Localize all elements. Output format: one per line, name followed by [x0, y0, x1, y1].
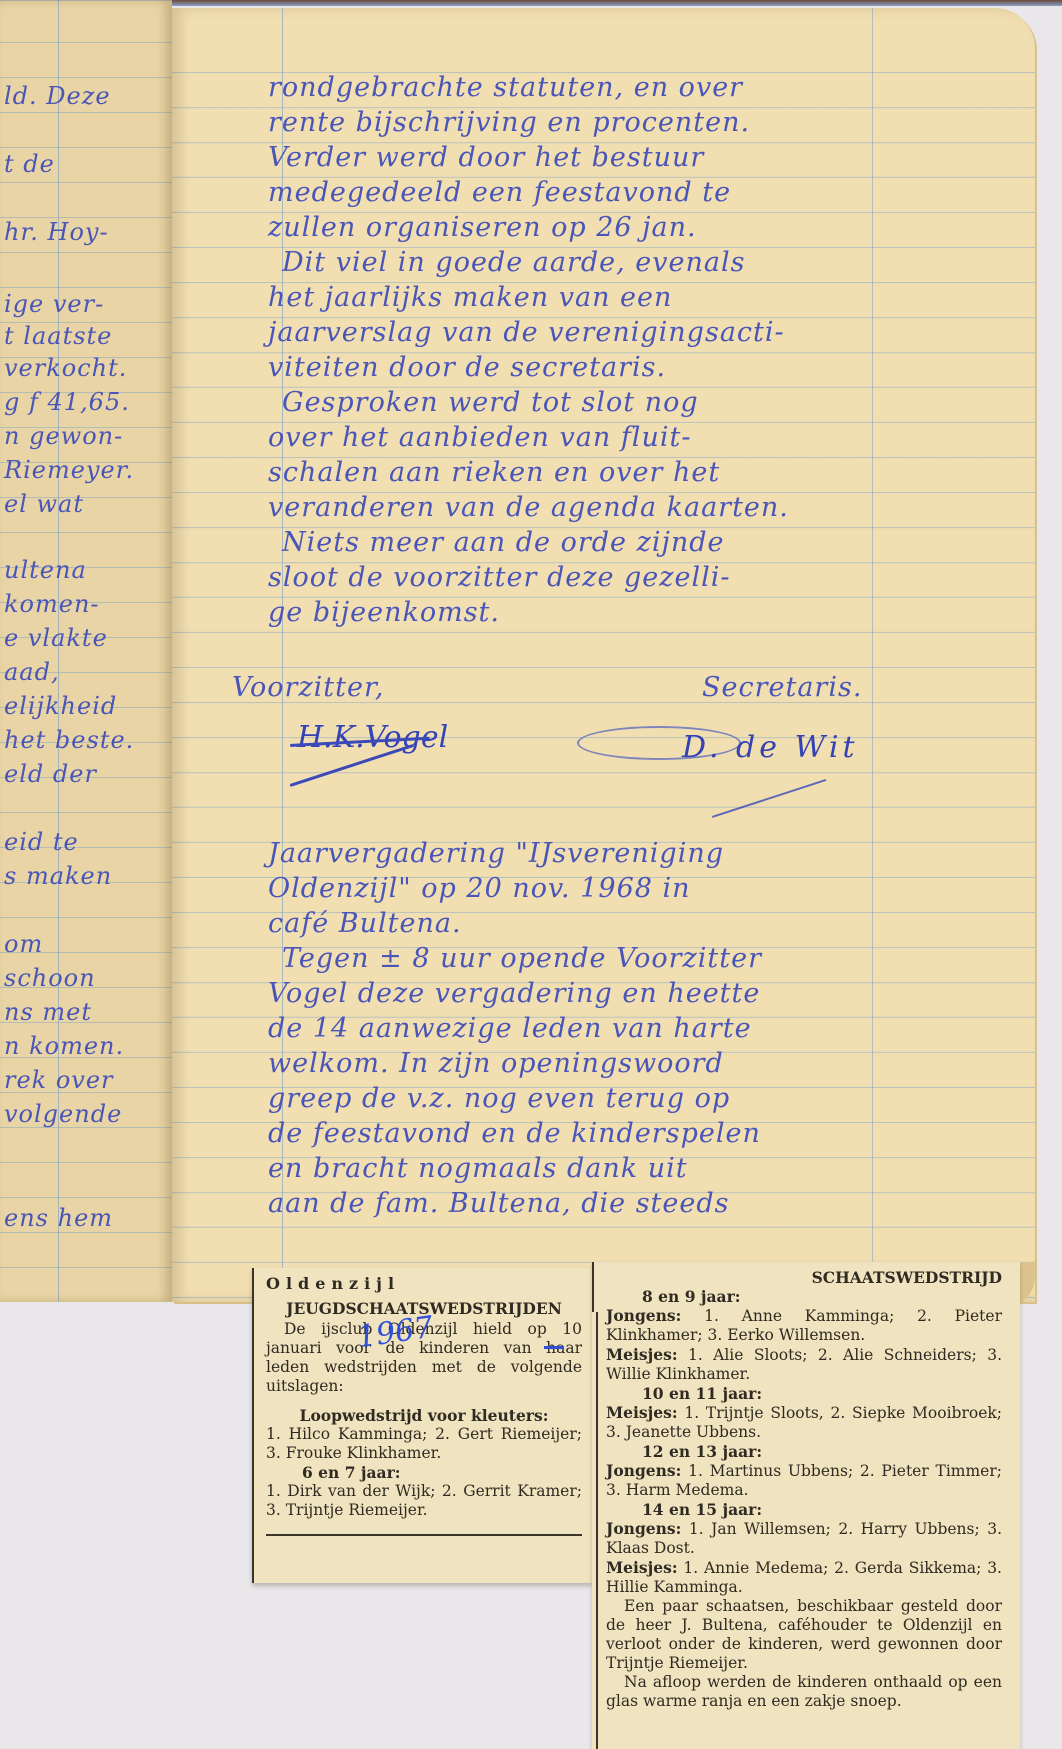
handwritten-line: de 14 aanwezige leden van harte: [268, 1013, 752, 1044]
handwritten-line: veranderen van de agenda kaarten.: [268, 492, 789, 523]
handwritten-line: Niets meer aan de orde zijnde: [282, 527, 724, 558]
handwritten-line: rondgebrachte statuten, en over: [268, 72, 743, 103]
handwritten-line: schalen aan rieken en over het: [268, 457, 720, 488]
section-results: Meisjes: 1. Trijntje Sloots, 2. Siepke M…: [606, 1403, 1002, 1442]
handwritten-line: g f 41,65.: [4, 388, 130, 416]
section-results: Meisjes: 1. Alie Sloots; 2. Alie Schneid…: [606, 1345, 1002, 1384]
handwritten-line: viteiten door de secretaris.: [268, 352, 666, 383]
handwritten-line: Verder werd door het bestuur: [268, 142, 704, 173]
handwritten-line: Jaarvergadering "IJsvereniging: [268, 838, 724, 869]
handwritten-line: elijkheid: [4, 692, 117, 720]
section-heading: 6 en 7 jaar:: [266, 1463, 582, 1482]
handwritten-line: ige ver-: [4, 290, 104, 318]
handwritten-line: aad,: [4, 658, 60, 686]
handwritten-line: Dit viel in goede aarde, evenals: [282, 247, 746, 278]
section-results: Jongens: 1. Anne Kamminga; 2. Pieter Kli…: [606, 1306, 1002, 1345]
handwritten-line: hr. Hoy-: [4, 218, 109, 246]
handwritten-line: ld. Deze: [4, 82, 111, 110]
section-heading: 14 en 15 jaar:: [606, 1500, 1002, 1519]
section-heading: 12 en 13 jaar:: [606, 1442, 1002, 1461]
secretary-label: Secretaris.: [702, 672, 862, 703]
section-results: 1. Dirk van der Wijk; 2. Gerrit Kramer; …: [266, 1482, 582, 1520]
column-end-rule: [266, 1534, 582, 1536]
handwritten-line: greep de v.z. nog even terug op: [268, 1083, 730, 1114]
handwritten-line: n gewon-: [4, 422, 123, 450]
ink-underline: [544, 1346, 564, 1349]
handwritten-line: aan de fam. Bultena, die steeds: [268, 1188, 730, 1219]
handwritten-line: t laatste: [4, 322, 112, 350]
section-results: Meisjes: 1. Annie Medema; 2. Gerda Sikke…: [606, 1558, 1002, 1597]
closing-paragraph: Na afloop werden de kinderen onthaald op…: [606, 1673, 1002, 1711]
handwritten-line: e vlakte: [4, 624, 108, 652]
handwritten-line: Vogel deze vergadering en heette: [268, 978, 760, 1009]
section-results: Jongens: 1. Martinus Ubbens; 2. Pieter T…: [606, 1461, 1002, 1500]
section-results: 1. Hilco Kamminga; 2. Gert Riemeijer; 3.…: [266, 1425, 582, 1463]
handwritten-line: ens hem: [4, 1204, 113, 1232]
handwritten-line: volgende: [4, 1100, 122, 1128]
handwritten-line: Gesproken werd tot slot nog: [282, 387, 699, 418]
clipping-right-headline: SCHAATSWEDSTRIJD: [606, 1268, 1002, 1287]
closing-paragraph: Een paar schaatsen, beschikbaar gesteld …: [606, 1597, 1002, 1673]
handwritten-line: el wat: [4, 490, 84, 518]
section-heading: 10 en 11 jaar:: [606, 1384, 1002, 1403]
handwritten-line: zullen organiseren op 26 jan.: [268, 212, 697, 243]
handwritten-line: ns met: [4, 998, 92, 1026]
handwritten-line: Tegen ± 8 uur opende Voorzitter: [282, 943, 762, 974]
clipping-dateline: Oldenzijl: [266, 1274, 582, 1293]
handwritten-line: jaarverslag van de verenigingsacti-: [268, 317, 785, 348]
handwritten-line: Oldenzijl" op 20 nov. 1968 in: [268, 873, 691, 904]
handwritten-line: ge bijeenkomst.: [268, 597, 500, 628]
handwritten-line: rente bijschrijving en procenten.: [268, 107, 750, 138]
handwritten-line: het jaarlijks maken van een: [268, 282, 672, 313]
margin-line-right: [872, 8, 873, 1302]
handwritten-line: Riemeyer.: [4, 456, 134, 484]
right-notebook-page: rondgebrachte statuten, en over rente bi…: [172, 8, 1035, 1302]
handwritten-line: welkom. In zijn openingswoord: [268, 1048, 724, 1079]
newspaper-clipping-left: Oldenzijl JEUGDSCHAATSWEDSTRIJDEN De ijs…: [252, 1268, 592, 1583]
handwritten-line: om: [4, 930, 43, 958]
handwritten-line: café Bultena.: [268, 908, 462, 939]
handwritten-line: medegedeeld een feestavond te: [268, 177, 731, 208]
handwritten-line: over het aanbieden van fluit-: [268, 422, 691, 453]
handwritten-line: het beste.: [4, 726, 134, 754]
handwritten-line: de feestavond en de kinderspelen: [268, 1118, 761, 1149]
handwritten-line: n komen.: [4, 1032, 124, 1060]
handwritten-line: ultena: [4, 556, 87, 584]
section-heading: Loopwedstrijd voor kleuters:: [266, 1406, 582, 1425]
handwritten-line: s maken: [4, 862, 112, 890]
handwritten-line: en bracht nogmaals dank uit: [268, 1153, 688, 1184]
handwritten-line: eid te: [4, 828, 79, 856]
left-notebook-page: ld. Deze t de hr. Hoy- ige ver- t laatst…: [0, 0, 172, 1302]
handwritten-line: eld der: [4, 760, 97, 788]
chairman-label: Voorzitter,: [232, 672, 385, 703]
handwritten-line: schoon: [4, 964, 96, 992]
section-heading: 8 en 9 jaar:: [606, 1287, 1002, 1306]
handwritten-line: sloot de voorzitter deze gezelli-: [268, 562, 731, 593]
handwritten-line: komen-: [4, 590, 100, 618]
handwritten-year-note: 1967: [356, 1318, 434, 1347]
handwritten-line: verkocht.: [4, 354, 127, 382]
handwritten-line: t de: [4, 150, 55, 178]
handwritten-line: rek over: [4, 1066, 114, 1094]
newspaper-clipping-right: SCHAATSWEDSTRIJD 8 en 9 jaar: Jongens: 1…: [592, 1262, 1020, 1749]
section-results: Jongens: 1. Jan Willemsen; 2. Harry Ubbe…: [606, 1519, 1002, 1558]
